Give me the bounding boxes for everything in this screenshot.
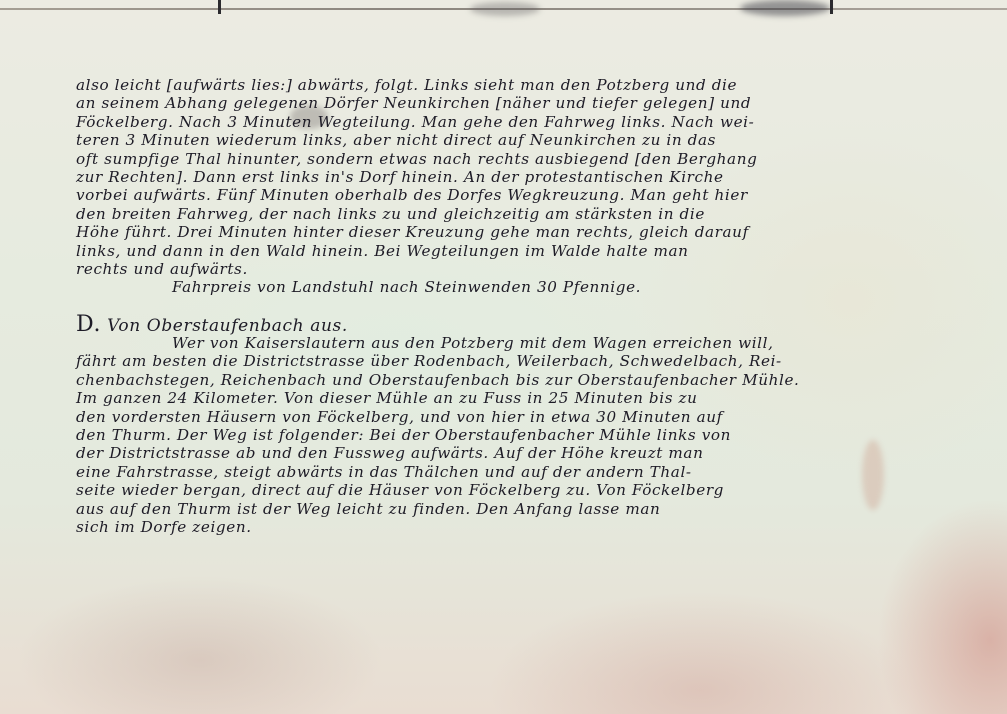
section-d: D. Von Oberstaufenbach aus. Wer von Kais… [76, 316, 956, 537]
text-line: chenbachstegen, Reichenbach und Oberstau… [76, 371, 956, 389]
text-line: Wer von Kaiserslautern aus den Potzberg … [76, 334, 956, 352]
text-line: Höhe führt. Drei Minuten hinter dieser K… [76, 223, 956, 241]
section-title: Von Oberstaufenbach aus. [107, 316, 348, 336]
text-line: eine Fahrstrasse, steigt abwärts in das … [76, 463, 956, 481]
text-line: teren 3 Minuten wiederum links, aber nic… [76, 131, 956, 149]
handwritten-text: also leicht [aufwärts lies:] abwärts, fo… [76, 76, 956, 536]
text-line: aus auf den Thurm ist der Weg leicht zu … [76, 500, 956, 518]
text-line: fährt am besten die Districtstrasse über… [76, 352, 956, 370]
text-line: den breiten Fahrweg, der nach links zu u… [76, 205, 956, 223]
ink-smudge [740, 0, 830, 16]
text-line: sich im Dorfe zeigen. [76, 518, 956, 536]
text-line: vorbei aufwärts. Fünf Minuten oberhalb d… [76, 186, 956, 204]
paragraph-1: also leicht [aufwärts lies:] abwärts, fo… [76, 76, 956, 297]
ink-smudge [470, 2, 540, 16]
text-line: rechts und aufwärts. [76, 260, 956, 278]
section-letter: D. [76, 312, 101, 337]
text-line: also leicht [aufwärts lies:] abwärts, fo… [76, 76, 956, 94]
fare-line: Fahrpreis von Landstuhl nach Steinwenden… [76, 278, 956, 296]
text-line: zur Rechten]. Dann erst links in's Dorf … [76, 168, 956, 186]
text-line: Föckelberg. Nach 3 Minuten Wegteilung. M… [76, 113, 956, 131]
section-heading: D. Von Oberstaufenbach aus. [76, 316, 956, 334]
text-line: links, und dann in den Wald hinein. Bei … [76, 242, 956, 260]
text-line: den vordersten Häusern von Föckelberg, u… [76, 408, 956, 426]
staple-mark [218, 0, 221, 14]
document-page: also leicht [aufwärts lies:] abwärts, fo… [0, 0, 1007, 714]
text-line: den Thurm. Der Weg ist folgender: Bei de… [76, 426, 956, 444]
text-line: seite wieder bergan, direct auf die Häus… [76, 481, 956, 499]
text-line: oft sumpfige Thal hinunter, sondern etwa… [76, 150, 956, 168]
text-line: Im ganzen 24 Kilometer. Von dieser Mühle… [76, 389, 956, 407]
staple-mark [830, 0, 833, 14]
text-line: an seinem Abhang gelegenen Dörfer Neunki… [76, 94, 956, 112]
text-line: der Districtstrasse ab und den Fussweg a… [76, 444, 956, 462]
